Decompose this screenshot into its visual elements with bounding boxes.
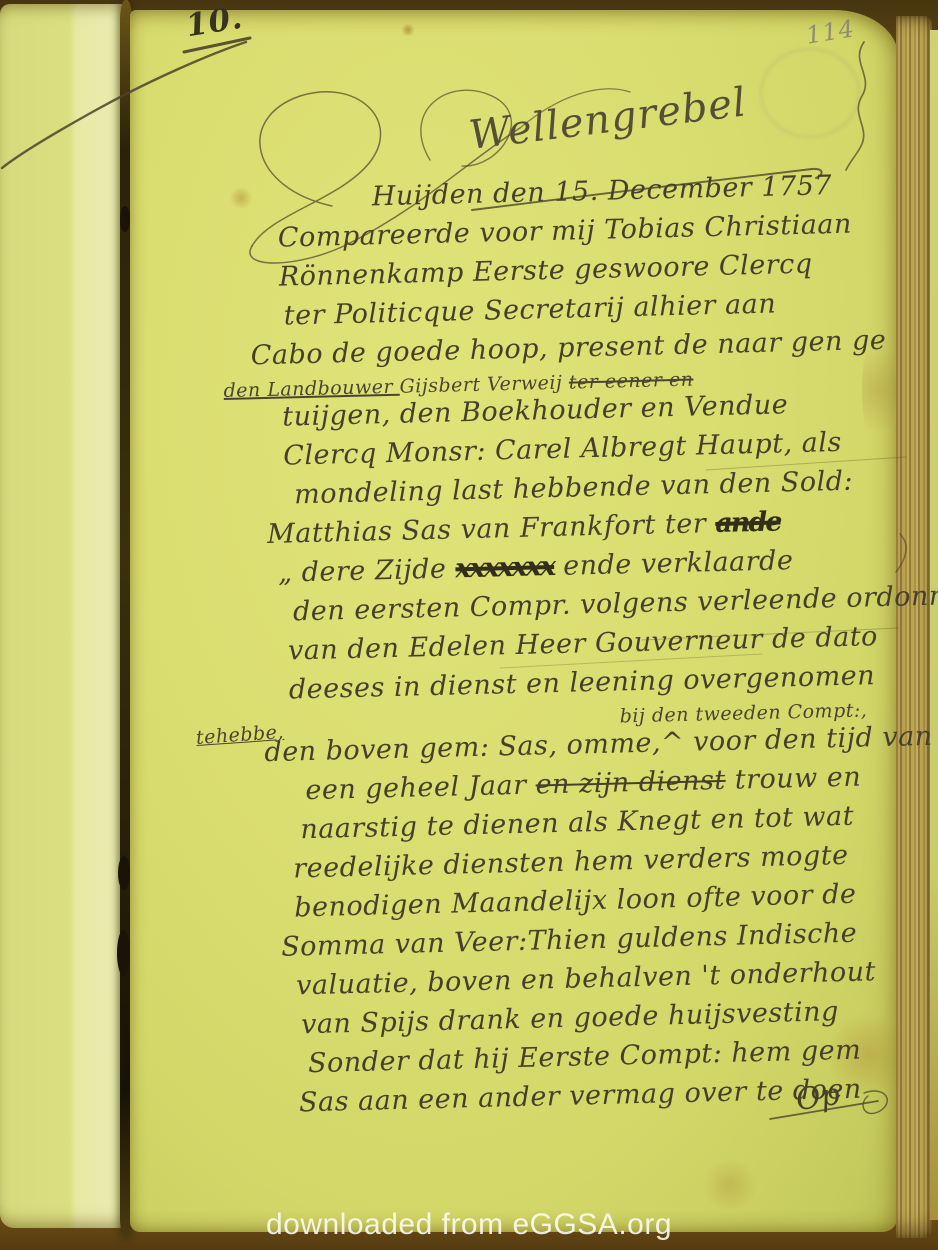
photographed-manuscript-page: 10. 114 Wellengrebel Huijden den 15. Dec… (0, 0, 938, 1250)
catchword: Op (794, 1077, 843, 1118)
ink-blot (118, 856, 130, 890)
ink-blot (120, 206, 130, 232)
ink-blot (117, 930, 130, 976)
facing-page-edge (0, 4, 128, 1228)
site-watermark: downloaded from eGGSA.org (0, 1208, 938, 1242)
manuscript-text: Huijden den 15. December 1757Compareerde… (277, 169, 916, 1127)
next-page-sliver (930, 30, 938, 1220)
